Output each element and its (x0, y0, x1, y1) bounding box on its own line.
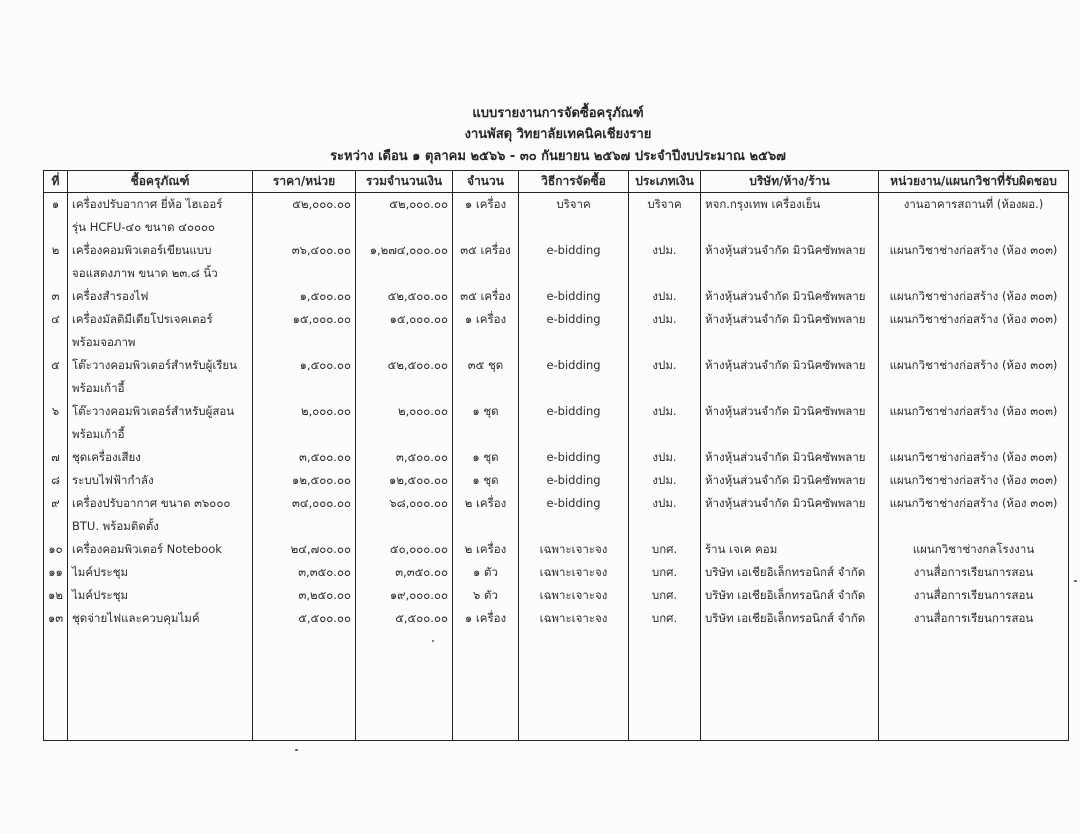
unit-price: ๕,๕๐๐.๐๐ (253, 607, 356, 630)
vendor-text: ห้างหุ้นส่วนจำกัด มิวนิคซัพพลาย (705, 400, 874, 423)
unit-price: ๓๖,๔๐๐.๐๐ (253, 239, 356, 285)
row-number-text: ๑๒ (48, 584, 63, 607)
header-unit-price: ราคา/หน่วย (253, 171, 356, 193)
vendor: ห้างหุ้นส่วนจำกัด มิวนิคซัพพลาย (701, 308, 879, 354)
scan-speck (295, 749, 298, 751)
department-text: งานสื่อการเรียนการสอน (883, 584, 1064, 607)
table-row: ๘ระบบไฟฟ้ากำลัง๑๒,๕๐๐.๐๐๑๒,๕๐๐.๐๐๑ ชุดe-… (44, 469, 1069, 492)
total-amount: ๕๐,๐๐๐.๐๐ (356, 538, 453, 561)
quantity: ๑ เครื่อง (453, 193, 519, 240)
department-text: แผนกวิชาช่างก่อสร้าง (ห้อง ๓๐๓) (883, 239, 1064, 262)
empty-cell (879, 630, 1069, 741)
fund-type-text: บกศ. (633, 538, 696, 561)
item-name: เครื่องปรับอากาศ ยี่ห้อ ไฮเออร์รุ่น HCFU… (68, 193, 253, 240)
quantity: ๑ ชุด (453, 446, 519, 469)
procurement-method: e-bidding (519, 446, 629, 469)
item-name: เครื่องคอมพิวเตอร์เขียนแบบจอแสดงภาพ ขนาด… (68, 239, 253, 285)
unit-price: ๓,๓๕๐.๐๐ (253, 561, 356, 584)
item-name-line: เครื่องคอมพิวเตอร์ Notebook (72, 538, 248, 561)
table-row: ๙เครื่องปรับอากาศ ขนาด ๓๖๐๐๐BTU. พร้อมติ… (44, 492, 1069, 538)
empty-cell (356, 630, 453, 741)
table-row: ๔เครื่องมัลติมีเดียโปรเจคเตอร์พร้อมจอภาพ… (44, 308, 1069, 354)
total-amount: ๑๒,๕๐๐.๐๐ (356, 469, 453, 492)
item-name: ไมค์ประชุม (68, 561, 253, 584)
item-name-line: เครื่องปรับอากาศ ขนาด ๓๖๐๐๐ (72, 492, 248, 515)
procurement-method-text: เฉพาะเจาะจง (523, 584, 624, 607)
item-name-line: เครื่องมัลติมีเดียโปรเจคเตอร์ (72, 308, 248, 331)
row-number: ๑ (44, 193, 68, 240)
fund-type-text: งปม. (633, 354, 696, 377)
header-method: วิธีการจัดซื้อ (519, 171, 629, 193)
item-name: ชุดเครื่องเสียง (68, 446, 253, 469)
fund-type: งปม. (629, 446, 701, 469)
header-item: ชื้อครุภัณฑ์ (68, 171, 253, 193)
item-name: โต๊ะวางคอมพิวเตอร์สำหรับผู้เรียนพร้อมเก้… (68, 354, 253, 400)
total-amount: ๑๕,๐๐๐.๐๐ (356, 308, 453, 354)
vendor: ห้างหุ้นส่วนจำกัด มิวนิคซัพพลาย (701, 469, 879, 492)
header-total: รวมจำนวนเงิน (356, 171, 453, 193)
vendor-text: หจก.กรุงเทพ เครื่องเย็น (705, 193, 874, 216)
fund-type: งปม. (629, 239, 701, 285)
quantity-text: ๑ ชุด (457, 446, 514, 469)
item-name: เครื่องคอมพิวเตอร์ Notebook (68, 538, 253, 561)
table-row: ๑๒ไมค์ประชุม๓,๒๕๐.๐๐๑๙,๐๐๐.๐๐๖ ตัวเฉพาะเ… (44, 584, 1069, 607)
procurement-method-text: เฉพาะเจาะจง (523, 538, 624, 561)
fund-type-text: บกศ. (633, 584, 696, 607)
row-number-text: ๑๓ (48, 607, 63, 630)
total-amount-text: ๕๒,๐๐๐.๐๐ (360, 193, 448, 216)
department: งานสื่อการเรียนการสอน (879, 584, 1069, 607)
department-text: แผนกวิชาช่างก่อสร้าง (ห้อง ๓๐๓) (883, 446, 1064, 469)
row-number: ๑๑ (44, 561, 68, 584)
quantity-text: ๓๕ เครื่อง (457, 285, 514, 308)
row-number: ๙ (44, 492, 68, 538)
department: แผนกวิชาช่างก่อสร้าง (ห้อง ๓๐๓) (879, 469, 1069, 492)
table-body: ๑เครื่องปรับอากาศ ยี่ห้อ ไฮเออร์รุ่น HCF… (44, 193, 1069, 741)
quantity: ๓๕ เครื่อง (453, 285, 519, 308)
department: งานอาคารสถานที่ (ห้องผอ.) (879, 193, 1069, 240)
fund-type: งปม. (629, 400, 701, 446)
vendor: ห้างหุ้นส่วนจำกัด มิวนิคซัพพลาย (701, 285, 879, 308)
unit-price: ๓,๒๕๐.๐๐ (253, 584, 356, 607)
procurement-method: e-bidding (519, 285, 629, 308)
fund-type-text: งปม. (633, 400, 696, 423)
fund-type: บกศ. (629, 584, 701, 607)
unit-price-text: ๑๒,๕๐๐.๐๐ (257, 469, 351, 492)
unit-price: ๒๔,๗๐๐.๐๐ (253, 538, 356, 561)
total-amount-text: ๕๐,๐๐๐.๐๐ (360, 538, 448, 561)
department: แผนกวิชาช่างก่อสร้าง (ห้อง ๓๐๓) (879, 308, 1069, 354)
total-amount: ๕๒,๐๐๐.๐๐ (356, 193, 453, 240)
unit-price: ๑,๕๐๐.๐๐ (253, 285, 356, 308)
department-text: งานสื่อการเรียนการสอน (883, 607, 1064, 630)
item-name: เครื่องมัลติมีเดียโปรเจคเตอร์พร้อมจอภาพ (68, 308, 253, 354)
department-text: งานอาคารสถานที่ (ห้องผอ.) (883, 193, 1064, 216)
vendor: ห้างหุ้นส่วนจำกัด มิวนิคซัพพลาย (701, 492, 879, 538)
row-number-text: ๑๐ (48, 538, 63, 561)
vendor-text: บริษัท เอเชียอิเล็กทรอนิกส์ จำกัด (705, 584, 874, 607)
unit-price-text: ๕,๕๐๐.๐๐ (257, 607, 351, 630)
vendor-text: ห้างหุ้นส่วนจำกัด มิวนิคซัพพลาย (705, 239, 874, 262)
total-amount-text: ๕,๕๐๐.๐๐ (360, 607, 448, 630)
total-amount: ๓,๓๕๐.๐๐ (356, 561, 453, 584)
fund-type: งปม. (629, 469, 701, 492)
row-number: ๕ (44, 354, 68, 400)
quantity-text: ๖ ตัว (457, 584, 514, 607)
department: แผนกวิชาช่างก่อสร้าง (ห้อง ๓๐๓) (879, 285, 1069, 308)
item-name-line: BTU. พร้อมติดตั้ง (72, 515, 248, 538)
department-text: แผนกวิชาช่างก่อสร้าง (ห้อง ๓๐๓) (883, 400, 1064, 423)
report-title: แบบรายงานการจัดซื้อครุภัณฑ์ (300, 104, 816, 124)
quantity-text: ๑ เครื่อง (457, 607, 514, 630)
row-number: ๔ (44, 308, 68, 354)
table-row: ๑๑ไมค์ประชุม๓,๓๕๐.๐๐๓,๓๕๐.๐๐๑ ตัวเฉพาะเจ… (44, 561, 1069, 584)
fund-type: งปม. (629, 285, 701, 308)
total-amount: ๖๘,๐๐๐.๐๐ (356, 492, 453, 538)
unit-price: ๓๔,๐๐๐.๐๐ (253, 492, 356, 538)
item-name-line: พร้อมเก้าอี้ (72, 377, 248, 400)
header-qty: จำนวน (453, 171, 519, 193)
procurement-method: เฉพาะเจาะจง (519, 584, 629, 607)
fund-type-text: งปม. (633, 239, 696, 262)
department-text: แผนกวิชาช่างกลโรงงาน (883, 538, 1064, 561)
item-name-line: เครื่องคอมพิวเตอร์เขียนแบบ (72, 239, 248, 262)
total-amount-text: ๖๘,๐๐๐.๐๐ (360, 492, 448, 515)
total-amount-text: ๓,๕๐๐.๐๐ (360, 446, 448, 469)
vendor-text: ห้างหุ้นส่วนจำกัด มิวนิคซัพพลาย (705, 469, 874, 492)
total-amount-text: ๕๒,๕๐๐.๐๐ (360, 354, 448, 377)
total-amount: ๒,๐๐๐.๐๐ (356, 400, 453, 446)
vendor-text: ห้างหุ้นส่วนจำกัด มิวนิคซัพพลาย (705, 446, 874, 469)
total-amount: ๑๙,๐๐๐.๐๐ (356, 584, 453, 607)
table-row: ๑๐เครื่องคอมพิวเตอร์ Notebook๒๔,๗๐๐.๐๐๕๐… (44, 538, 1069, 561)
procurement-method-text: e-bidding (523, 469, 624, 492)
unit-price-text: ๒๔,๗๐๐.๐๐ (257, 538, 351, 561)
quantity-text: ๑ ตัว (457, 561, 514, 584)
empty-cell (453, 630, 519, 741)
item-name-line: ระบบไฟฟ้ากำลัง (72, 469, 248, 492)
vendor-text: ห้างหุ้นส่วนจำกัด มิวนิคซัพพลาย (705, 492, 874, 515)
unit-price: ๑๒,๕๐๐.๐๐ (253, 469, 356, 492)
total-amount: ๕๒,๕๐๐.๐๐ (356, 354, 453, 400)
fund-type-text: งปม. (633, 446, 696, 469)
row-number-text: ๘ (48, 469, 63, 492)
procurement-method: e-bidding (519, 400, 629, 446)
vendor: ห้างหุ้นส่วนจำกัด มิวนิคซัพพลาย (701, 446, 879, 469)
empty-cell (253, 630, 356, 741)
vendor: หจก.กรุงเทพ เครื่องเย็น (701, 193, 879, 240)
department-text: แผนกวิชาช่างก่อสร้าง (ห้อง ๓๐๓) (883, 308, 1064, 331)
unit-price-text: ๑๕,๐๐๐.๐๐ (257, 308, 351, 331)
table-row: ๑เครื่องปรับอากาศ ยี่ห้อ ไฮเออร์รุ่น HCF… (44, 193, 1069, 240)
procurement-method: e-bidding (519, 354, 629, 400)
procurement-method-text: e-bidding (523, 354, 624, 377)
total-amount: ๑,๒๗๔,๐๐๐.๐๐ (356, 239, 453, 285)
procurement-method-text: e-bidding (523, 308, 624, 331)
report-period: ระหว่าง เดือน ๑ ตุลาคม ๒๕๖๖ - ๓๐ กันยายน… (300, 147, 816, 167)
department: แผนกวิชาช่างก่อสร้าง (ห้อง ๓๐๓) (879, 354, 1069, 400)
row-number-text: ๖ (48, 400, 63, 423)
unit-price: ๑๕,๐๐๐.๐๐ (253, 308, 356, 354)
quantity: ๒ เครื่อง (453, 492, 519, 538)
procurement-method: e-bidding (519, 492, 629, 538)
procurement-method-text: e-bidding (523, 446, 624, 469)
row-number: ๖ (44, 400, 68, 446)
item-name-line: โต๊ะวางคอมพิวเตอร์สำหรับผู้เรียน (72, 354, 248, 377)
quantity-text: ๒ เครื่อง (457, 538, 514, 561)
procurement-method-text: เฉพาะเจาะจง (523, 561, 624, 584)
header-department: หน่วยงาน/แผนกวิชาที่รับผิดชอบ (879, 171, 1069, 193)
row-number: ๑๐ (44, 538, 68, 561)
row-number: ๑๒ (44, 584, 68, 607)
item-name: ระบบไฟฟ้ากำลัง (68, 469, 253, 492)
department: แผนกวิชาช่างก่อสร้าง (ห้อง ๓๐๓) (879, 239, 1069, 285)
header-fund: ประเภทเงิน (629, 171, 701, 193)
vendor: บริษัท เอเชียอิเล็กทรอนิกส์ จำกัด (701, 607, 879, 630)
procurement-method-text: e-bidding (523, 492, 624, 515)
fund-type: งปม. (629, 354, 701, 400)
item-name-line: ชุดเครื่องเสียง (72, 446, 248, 469)
department: งานสื่อการเรียนการสอน (879, 561, 1069, 584)
unit-price-text: ๕๒,๐๐๐.๐๐ (257, 193, 351, 216)
fund-type-text: งปม. (633, 308, 696, 331)
total-amount: ๕๒,๕๐๐.๐๐ (356, 285, 453, 308)
department: งานสื่อการเรียนการสอน (879, 607, 1069, 630)
procurement-method-text: e-bidding (523, 400, 624, 423)
table-header-row: ที่ ชื้อครุภัณฑ์ ราคา/หน่วย รวมจำนวนเงิน… (44, 171, 1069, 193)
quantity: ๓๕ ชุด (453, 354, 519, 400)
item-name-line: พร้อมเก้าอี้ (72, 423, 248, 446)
quantity: ๑ ชุด (453, 469, 519, 492)
procurement-method: เฉพาะเจาะจง (519, 538, 629, 561)
vendor-text: บริษัท เอเชียอิเล็กทรอนิกส์ จำกัด (705, 607, 874, 630)
empty-cell (629, 630, 701, 741)
quantity: ๑ เครื่อง (453, 607, 519, 630)
total-amount: ๓,๕๐๐.๐๐ (356, 446, 453, 469)
vendor: ห้างหุ้นส่วนจำกัด มิวนิคซัพพลาย (701, 400, 879, 446)
total-amount-text: ๕๒,๕๐๐.๐๐ (360, 285, 448, 308)
procurement-method-text: เฉพาะเจาะจง (523, 607, 624, 630)
item-name: เครื่องปรับอากาศ ขนาด ๓๖๐๐๐BTU. พร้อมติด… (68, 492, 253, 538)
quantity-text: ๓๕ เครื่อง (457, 239, 514, 262)
item-name: เครื่องสำรองไฟ (68, 285, 253, 308)
report-subtitle: งานพัสดุ วิทยาลัยเทคนิคเชียงราย (300, 125, 816, 145)
row-number-text: ๕ (48, 354, 63, 377)
quantity: ๖ ตัว (453, 584, 519, 607)
quantity: ๒ เครื่อง (453, 538, 519, 561)
header-vendor: บริษัท/ห้าง/ร้าน (701, 171, 879, 193)
unit-price-text: ๒,๐๐๐.๐๐ (257, 400, 351, 423)
fund-type-text: บกศ. (633, 607, 696, 630)
empty-cell (519, 630, 629, 741)
procurement-method: เฉพาะเจาะจง (519, 607, 629, 630)
table-row: ๑๓ชุดจ่ายไฟและควบคุมไมค์๕,๕๐๐.๐๐๕,๕๐๐.๐๐… (44, 607, 1069, 630)
item-name: โต๊ะวางคอมพิวเตอร์สำหรับผู้สอนพร้อมเก้าอ… (68, 400, 253, 446)
header-no: ที่ (44, 171, 68, 193)
quantity: ๓๕ เครื่อง (453, 239, 519, 285)
unit-price-text: ๓,๕๐๐.๐๐ (257, 446, 351, 469)
fund-type-text: งปม. (633, 285, 696, 308)
unit-price-text: ๓๔,๐๐๐.๐๐ (257, 492, 351, 515)
procurement-method: เฉพาะเจาะจง (519, 561, 629, 584)
table-row: ๓เครื่องสำรองไฟ๑,๕๐๐.๐๐๕๒,๕๐๐.๐๐๓๕ เครื่… (44, 285, 1069, 308)
total-amount-text: ๑๙,๐๐๐.๐๐ (360, 584, 448, 607)
department: แผนกวิชาช่างก่อสร้าง (ห้อง ๓๐๓) (879, 492, 1069, 538)
fund-type: งปม. (629, 308, 701, 354)
procurement-method-text: e-bidding (523, 239, 624, 262)
fund-type-text: บกศ. (633, 561, 696, 584)
total-amount: ๕,๕๐๐.๐๐ (356, 607, 453, 630)
unit-price: ๑,๕๐๐.๐๐ (253, 354, 356, 400)
vendor: บริษัท เอเชียอิเล็กทรอนิกส์ จำกัด (701, 561, 879, 584)
fund-type: บกศ. (629, 538, 701, 561)
vendor-text: ร้าน เจเค คอม (705, 538, 874, 561)
department: แผนกวิชาช่างกลโรงงาน (879, 538, 1069, 561)
vendor: บริษัท เอเชียอิเล็กทรอนิกส์ จำกัด (701, 584, 879, 607)
quantity: ๑ ตัว (453, 561, 519, 584)
unit-price-text: ๓,๓๕๐.๐๐ (257, 561, 351, 584)
quantity-text: ๒ เครื่อง (457, 492, 514, 515)
unit-price: ๒,๐๐๐.๐๐ (253, 400, 356, 446)
department-text: แผนกวิชาช่างก่อสร้าง (ห้อง ๓๐๓) (883, 492, 1064, 515)
quantity: ๑ ชุด (453, 400, 519, 446)
fund-type: บกศ. (629, 561, 701, 584)
row-number: ๑๓ (44, 607, 68, 630)
fund-type-text: งปม. (633, 492, 696, 515)
fund-type: งปม. (629, 492, 701, 538)
total-amount-text: ๑๕,๐๐๐.๐๐ (360, 308, 448, 331)
row-number: ๒ (44, 239, 68, 285)
unit-price-text: ๑,๕๐๐.๐๐ (257, 285, 351, 308)
row-number-text: ๑ (48, 193, 63, 216)
scan-speck (1074, 580, 1077, 582)
vendor: ห้างหุ้นส่วนจำกัด มิวนิคซัพพลาย (701, 354, 879, 400)
quantity-text: ๑ เครื่อง (457, 308, 514, 331)
item-name-line: พร้อมจอภาพ (72, 331, 248, 354)
vendor-text: ห้างหุ้นส่วนจำกัด มิวนิคซัพพลาย (705, 285, 874, 308)
procurement-method: e-bidding (519, 239, 629, 285)
item-name: ชุดจ่ายไฟและควบคุมไมค์ (68, 607, 253, 630)
table-row: ๒เครื่องคอมพิวเตอร์เขียนแบบจอแสดงภาพ ขนา… (44, 239, 1069, 285)
vendor: ห้างหุ้นส่วนจำกัด มิวนิคซัพพลาย (701, 239, 879, 285)
department-text: แผนกวิชาช่างก่อสร้าง (ห้อง ๓๐๓) (883, 354, 1064, 377)
vendor-text: บริษัท เอเชียอิเล็กทรอนิกส์ จำกัด (705, 561, 874, 584)
fund-type: บริจาค (629, 193, 701, 240)
unit-price-text: ๓๖,๔๐๐.๐๐ (257, 239, 351, 262)
quantity-text: ๑ ชุด (457, 400, 514, 423)
vendor-text: ห้างหุ้นส่วนจำกัด มิวนิคซัพพลาย (705, 354, 874, 377)
fund-type: บกศ. (629, 607, 701, 630)
table-row: ๗ชุดเครื่องเสียง๓,๕๐๐.๐๐๓,๕๐๐.๐๐๑ ชุดe-b… (44, 446, 1069, 469)
row-number: ๘ (44, 469, 68, 492)
empty-cell (68, 630, 253, 741)
total-amount-text: ๓,๓๕๐.๐๐ (360, 561, 448, 584)
scan-speck (432, 640, 434, 642)
item-name-line: เครื่องสำรองไฟ (72, 285, 248, 308)
vendor: ร้าน เจเค คอม (701, 538, 879, 561)
item-name-line: ไมค์ประชุม (72, 561, 248, 584)
department-text: แผนกวิชาช่างก่อสร้าง (ห้อง ๓๐๓) (883, 469, 1064, 492)
total-amount-text: ๑๒,๕๐๐.๐๐ (360, 469, 448, 492)
unit-price: ๓,๕๐๐.๐๐ (253, 446, 356, 469)
row-number: ๗ (44, 446, 68, 469)
procurement-method: บริจาค (519, 193, 629, 240)
item-name-line: ไมค์ประชุม (72, 584, 248, 607)
item-name-line: จอแสดงภาพ ขนาด ๒๓.๘ นิ้ว (72, 262, 248, 285)
row-number-text: ๔ (48, 308, 63, 331)
empty-cell (701, 630, 879, 741)
unit-price-text: ๑,๕๐๐.๐๐ (257, 354, 351, 377)
item-name-line: รุ่น HCFU-๔๐ ขนาด ๔๐๐๐๐ (72, 216, 248, 239)
table-row: ๕โต๊ะวางคอมพิวเตอร์สำหรับผู้เรียนพร้อมเก… (44, 354, 1069, 400)
row-number-text: ๙ (48, 492, 63, 515)
procurement-method: e-bidding (519, 308, 629, 354)
procurement-method-text: บริจาค (523, 193, 624, 216)
department: แผนกวิชาช่างก่อสร้าง (ห้อง ๓๐๓) (879, 446, 1069, 469)
department: แผนกวิชาช่างก่อสร้าง (ห้อง ๓๐๓) (879, 400, 1069, 446)
empty-filler-row (44, 630, 1069, 741)
row-number-text: ๒ (48, 239, 63, 262)
item-name-line: เครื่องปรับอากาศ ยี่ห้อ ไฮเออร์ (72, 193, 248, 216)
procurement-method: e-bidding (519, 469, 629, 492)
row-number-text: ๗ (48, 446, 63, 469)
department-text: แผนกวิชาช่างก่อสร้าง (ห้อง ๓๐๓) (883, 285, 1064, 308)
quantity: ๑ เครื่อง (453, 308, 519, 354)
total-amount-text: ๑,๒๗๔,๐๐๐.๐๐ (360, 239, 448, 262)
fund-type-text: งปม. (633, 469, 696, 492)
department-text: งานสื่อการเรียนการสอน (883, 561, 1064, 584)
item-name-line: โต๊ะวางคอมพิวเตอร์สำหรับผู้สอน (72, 400, 248, 423)
row-number-text: ๑๑ (48, 561, 63, 584)
total-amount-text: ๒,๐๐๐.๐๐ (360, 400, 448, 423)
quantity-text: ๑ ชุด (457, 469, 514, 492)
empty-cell (44, 630, 68, 741)
vendor-text: ห้างหุ้นส่วนจำกัด มิวนิคซัพพลาย (705, 308, 874, 331)
fund-type-text: บริจาค (633, 193, 696, 216)
row-number: ๓ (44, 285, 68, 308)
item-name-line: ชุดจ่ายไฟและควบคุมไมค์ (72, 607, 248, 630)
quantity-text: ๑ เครื่อง (457, 193, 514, 216)
row-number-text: ๓ (48, 285, 63, 308)
quantity-text: ๓๕ ชุด (457, 354, 514, 377)
procurement-table: ที่ ชื้อครุภัณฑ์ ราคา/หน่วย รวมจำนวนเงิน… (43, 170, 1069, 741)
unit-price-text: ๓,๒๕๐.๐๐ (257, 584, 351, 607)
procurement-method-text: e-bidding (523, 285, 624, 308)
table-row: ๖โต๊ะวางคอมพิวเตอร์สำหรับผู้สอนพร้อมเก้า… (44, 400, 1069, 446)
item-name: ไมค์ประชุม (68, 584, 253, 607)
unit-price: ๕๒,๐๐๐.๐๐ (253, 193, 356, 240)
